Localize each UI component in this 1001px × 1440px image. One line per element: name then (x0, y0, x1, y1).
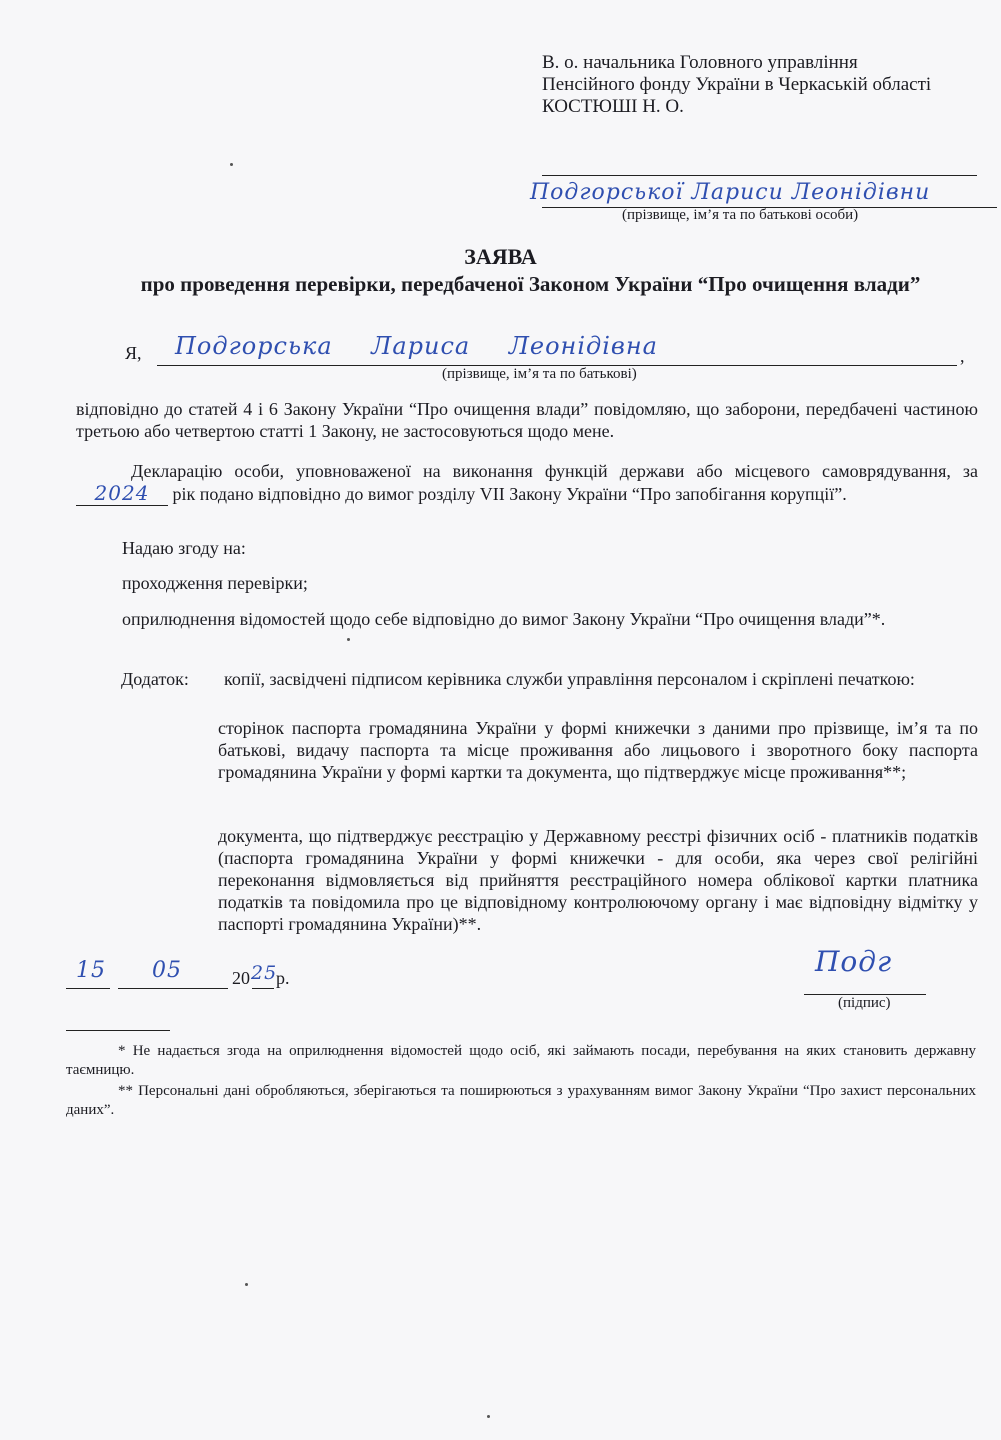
sender-name-caption: (прізвище, ім’я та по батькові особи) (622, 207, 858, 224)
attachment-item-passport: сторінок паспорта громадянина України у … (218, 717, 978, 783)
footnote-separator (66, 1030, 170, 1031)
applicant-name-caption: (прізвище, ім’я та по батькові) (442, 366, 637, 383)
addressee-line-3: КОСТЮШІ Н. О. (542, 96, 931, 118)
scan-speck (487, 1415, 490, 1418)
date-day-line (66, 988, 110, 989)
footnote-1: * Не надається згода на оприлюднення від… (66, 1042, 976, 1080)
declaration-text-end: рік подано відповідно до вимог розділу V… (173, 484, 847, 504)
date-month-line (118, 988, 228, 989)
applicant-prefix: Я, (125, 342, 142, 364)
addressee-line-2: Пенсійного фонду України в Черкаській об… (542, 74, 931, 96)
declaration-text-start: Декларацію особи, уповноваженої на викон… (131, 461, 978, 481)
sender-name-top-line (542, 175, 977, 176)
consent-item-publication: оприлюднення відомостей щодо себе відпов… (76, 608, 978, 630)
applicant-suffix: , (960, 345, 965, 367)
scan-speck (347, 638, 350, 641)
consent-intro: Надаю згоду на: (122, 537, 246, 559)
sender-name-handwritten: Подгорської Лариси Леонідівни (530, 180, 930, 205)
document-title: ЗАЯВА (0, 244, 1001, 270)
addressee-line-1: В. о. начальника Головного управління (542, 52, 931, 74)
declaration-year-field: 2024 (76, 482, 168, 506)
attachment-label: Додаток: (121, 668, 189, 690)
addressee-block: В. о. начальника Головного управління Пе… (542, 52, 931, 118)
scan-speck (230, 163, 233, 166)
applicant-name-handwritten: Подгорська Лариса Леонідівна (175, 332, 658, 360)
declaration-paragraph: Декларацію особи, уповноваженої на викон… (76, 460, 978, 506)
date-month-handwritten: 05 (152, 958, 182, 983)
attachment-item-tax-registration: документа, що підтверджує реєстрацію у Д… (218, 825, 978, 935)
date-year-prefix: 20 (232, 967, 250, 989)
footnote-2: ** Персональні дані обробляються, зберіг… (66, 1082, 976, 1120)
consent-item-verification: проходження перевірки; (122, 572, 308, 594)
document-page: В. о. начальника Головного управління Пе… (0, 0, 1001, 1440)
date-year-handwritten: 25 (251, 962, 277, 984)
attachment-item-copies: копії, засвідчені підписом керівника слу… (218, 668, 978, 690)
date-year-line (252, 988, 274, 989)
signature-handwritten: Подг (815, 945, 892, 978)
signature-caption: (підпис) (838, 995, 891, 1012)
statement-paragraph: відповідно до статей 4 і 6 Закону Україн… (76, 398, 978, 442)
date-day-handwritten: 15 (76, 958, 106, 983)
date-year-end: р. (276, 967, 290, 989)
scan-speck (245, 1283, 248, 1286)
declaration-year-handwritten: 2024 (95, 481, 150, 505)
document-subtitle: про проведення перевірки, передбаченої З… (60, 272, 1001, 297)
